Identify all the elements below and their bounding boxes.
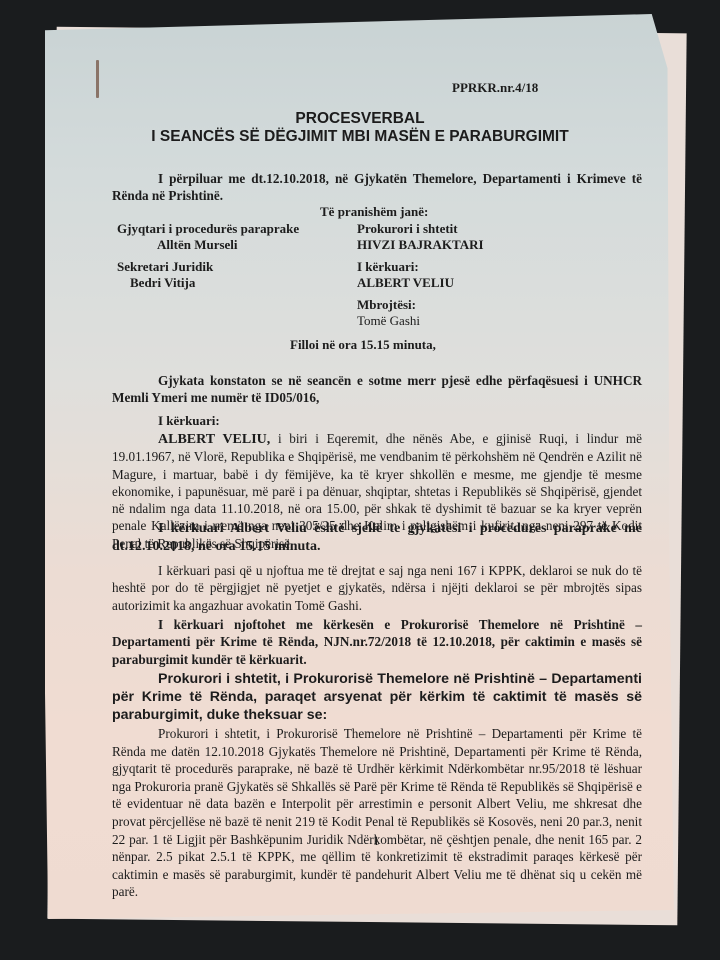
secretary-role: Sekretari Juridik [117,259,213,276]
prosecutor-name: HIVZI BAJRAKTARI [357,237,484,254]
judge-role: Gjyqtari i procedurës paraprake [117,221,299,238]
present-heading: Të pranishëm janë: [320,204,428,221]
case-reference: PPRKR.nr.4/18 [452,80,538,96]
requested-name: ALBERT VELIU [357,275,454,292]
intro-paragraph: I përpiluar me dt.12.10.2018, në Gjykatë… [112,170,642,205]
page-number: 1 [373,833,380,849]
notified-paragraph: I kërkuari njoftohet me kërkesën e Proku… [112,616,642,668]
defender-name: Tomë Gashi [357,313,420,330]
prosecutor-statement: Prokurori i shtetit, i Prokurorisë Theme… [112,725,642,901]
requested-heading: I kërkuari: [158,413,220,430]
document-title: PROCESVERBAL [100,110,620,128]
brought-paragraph: I kërkuari Albert Veliu është sjellë te … [112,520,642,556]
requested-person-name: ALBERT VELIU, [158,432,270,447]
defender-role: Mbrojtësi: [357,297,416,314]
start-time: Filloi në ora 15.15 minuta, [290,337,436,354]
document-subtitle: I SEANCËS SË DËGJIMIT MBI MASËN E PARABU… [100,128,620,146]
unhcr-paragraph: Gjykata konstaton se në seancën e sotme … [112,372,642,407]
prosecutor-role: Prokurori i shtetit [357,221,458,238]
judge-name: Alltën Murseli [157,237,238,254]
secretary-name: Bedri Vitija [130,275,195,292]
requested-role: I kërkuari: [357,259,419,276]
prosecutor-paragraph: Prokurori i shtetit, i Prokurorisë Theme… [112,670,642,725]
rights-paragraph: I kërkuari pasi që u njoftua me të drejt… [112,562,642,614]
margin-mark [96,60,99,98]
